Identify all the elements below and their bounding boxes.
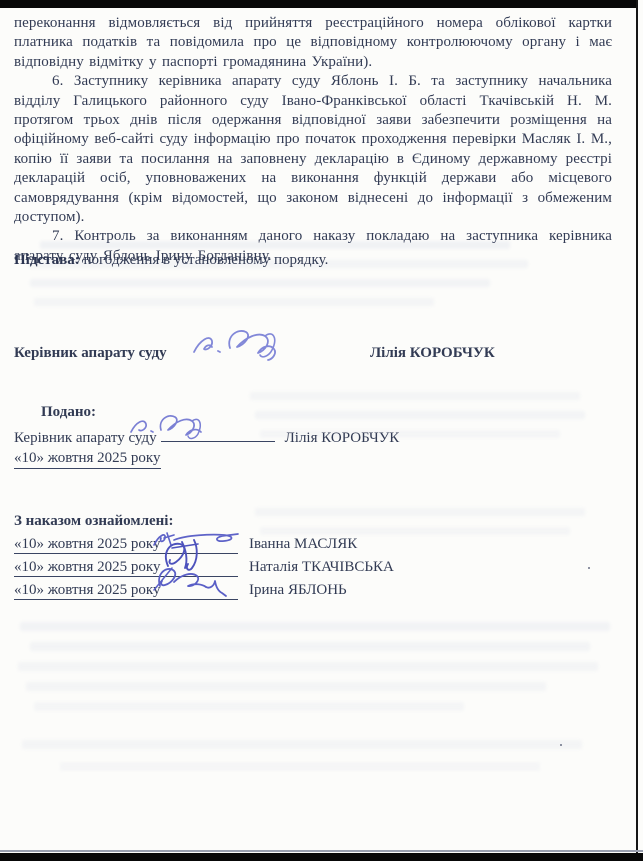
bleed-through-artifact	[260, 527, 570, 535]
approval-role: Керівник апарату суду	[14, 345, 167, 362]
basis-label: Підстава:	[14, 252, 80, 268]
scan-speckle	[588, 567, 590, 569]
acknowledged-date: «10» жовтня 2025 року	[14, 536, 161, 552]
acknowledged-name: Іванна МАСЛЯК	[249, 536, 357, 552]
approval-name: Лілія КОРОБЧУК	[370, 345, 495, 362]
paragraph-item-6: 6. Заступнику керівника апарату суду Ябл…	[14, 72, 612, 227]
bleed-through-artifact	[30, 642, 590, 651]
bleed-through-artifact	[250, 392, 580, 400]
bleed-through-artifact	[20, 622, 610, 631]
bleed-through-artifact	[26, 682, 546, 691]
submitted-heading: Подано:	[41, 404, 96, 421]
scan-speckle	[560, 744, 562, 746]
submitted-date: «10» жовтня 2025 року	[14, 450, 161, 469]
acknowledged-date: «10» жовтня 2025 року	[14, 559, 161, 575]
bleed-through-artifact	[34, 702, 464, 711]
bleed-through-artifact	[22, 740, 582, 749]
acknowledged-name: Наталія ТКАЧІВСЬКА	[249, 559, 394, 575]
order-body-text: переконання відмовляється від прийняття …	[14, 14, 612, 266]
basis-line: Підстава: погодження в установленому пор…	[14, 252, 612, 269]
signature-korobchuk-submitted	[123, 408, 223, 442]
paragraph-continuation: переконання відмовляється від прийняття …	[14, 14, 612, 72]
bleed-through-artifact	[18, 662, 598, 671]
bleed-through-artifact	[255, 411, 585, 419]
bleed-through-artifact	[30, 279, 490, 287]
submitted-name: Лілія КОРОБЧУК	[285, 430, 400, 446]
acknowledged-date: «10» жовтня 2025 року	[14, 582, 161, 598]
scan-edge-line-bottom	[0, 850, 643, 852]
bleed-through-artifact	[255, 508, 585, 516]
scan-edge-right	[636, 0, 638, 861]
signature-yablon	[152, 560, 252, 598]
basis-text: погодження в установленому порядку.	[80, 252, 329, 268]
scan-edge-top	[0, 0, 638, 8]
scan-edge-bottom	[0, 853, 643, 861]
scanned-document-page: переконання відмовляється від прийняття …	[0, 0, 643, 861]
bleed-through-artifact	[34, 298, 434, 306]
acknowledged-name: Ірина ЯБЛОНЬ	[249, 582, 347, 598]
bleed-through-artifact	[60, 762, 540, 771]
signature-korobchuk-main	[188, 318, 298, 366]
